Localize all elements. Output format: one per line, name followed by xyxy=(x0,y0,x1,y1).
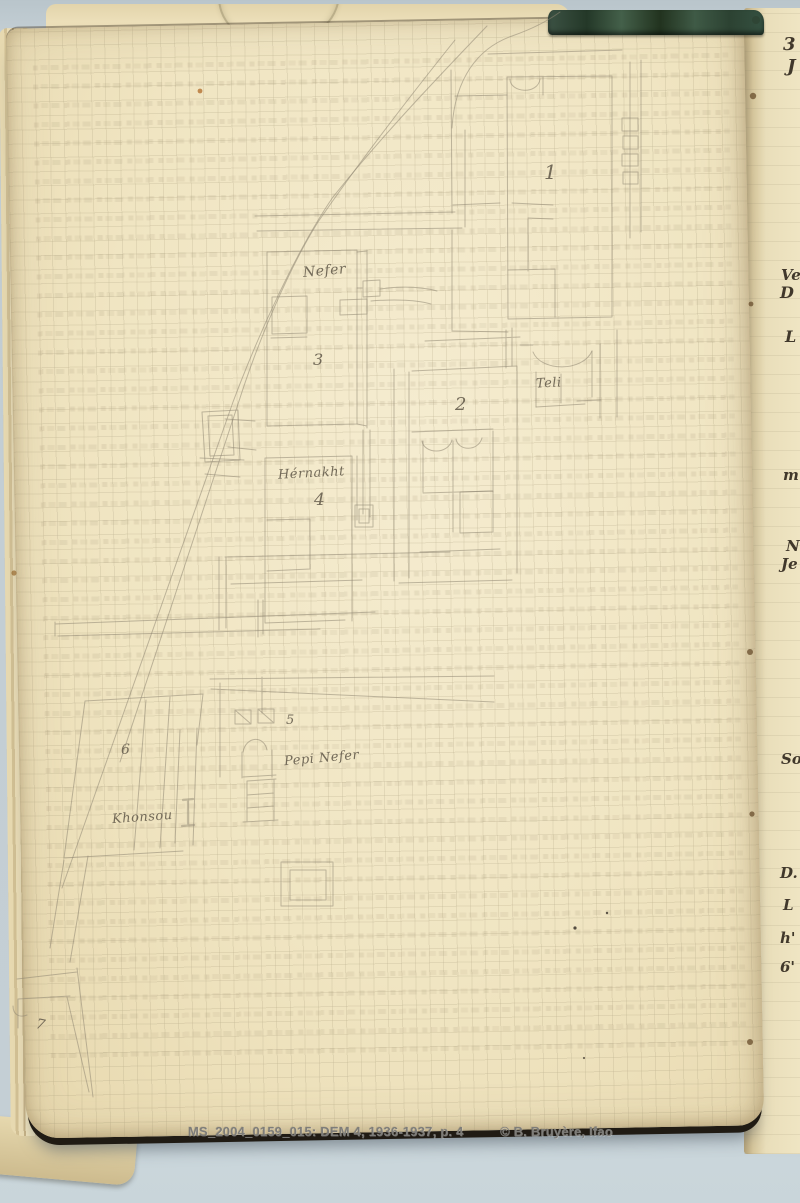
margin-handwriting: D xyxy=(780,283,794,302)
margin-handwriting: Ve xyxy=(781,266,800,284)
sketch-label-6: 6 xyxy=(121,742,130,758)
margin-handwriting: 3 xyxy=(783,34,796,55)
margin-handwriting: 6' xyxy=(780,958,795,976)
sketch-label-1: 1 xyxy=(544,160,557,184)
margin-handwriting: J xyxy=(787,56,796,77)
margin-handwriting: L xyxy=(785,327,796,346)
margin-handwriting: So xyxy=(781,750,800,768)
margin-handwriting: L xyxy=(783,896,794,914)
sketch-label-teli: Teli xyxy=(536,375,562,391)
sketch-label-5: 5 xyxy=(286,713,295,728)
margin-handwriting: m xyxy=(783,466,799,484)
main-page xyxy=(6,15,764,1138)
caption-id: MS_2004_0159_015: DEM 4, 1936-1937, p. 4 xyxy=(188,1124,463,1139)
ink-bleed-through xyxy=(32,46,746,1069)
sketch-label-2: 2 xyxy=(455,394,467,415)
margin-handwriting: Je xyxy=(781,555,798,573)
sketch-label-3: 3 xyxy=(313,350,324,369)
sketch-label-4: 4 xyxy=(314,490,325,510)
margin-handwriting: N xyxy=(786,537,800,555)
scanned-notebook-page: 1 Nefer 3 2 Teli Hérnakht 4 5 Pepi Nefer… xyxy=(0,0,800,1203)
caption-credit: © B. Bruyère, Ifao xyxy=(500,1124,613,1139)
margin-handwriting: D. xyxy=(780,864,798,882)
margin-handwriting: h' xyxy=(780,929,796,947)
notebook-binding xyxy=(548,10,764,35)
